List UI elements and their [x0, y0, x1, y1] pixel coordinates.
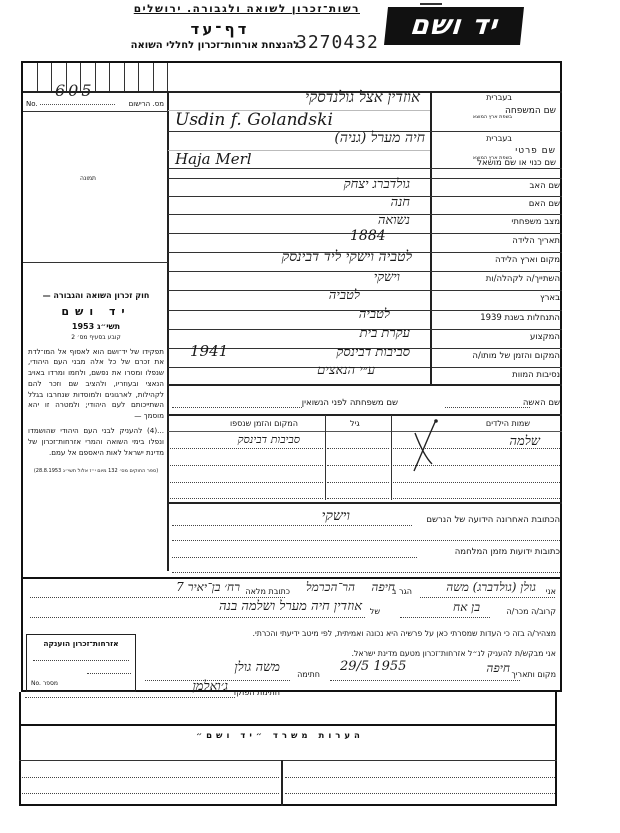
date-value[interactable]: 29/5 1955 — [340, 659, 406, 674]
community-value[interactable]: וישקי — [374, 269, 400, 285]
war-addresses-label: כתובות ידועות מזמן המלחמה — [455, 547, 560, 557]
first-name-hebrew-label: בעברית — [486, 134, 512, 143]
registration-number-row: No. מס. הרישום — [26, 94, 164, 108]
country-label: בארץ — [540, 293, 560, 303]
signature-label: חתימה — [297, 670, 320, 679]
registration-number-label-he: מס. הרישום — [129, 100, 164, 108]
relation-value[interactable]: בן אח — [453, 600, 480, 615]
of-field[interactable] — [30, 617, 365, 618]
office-notes-title: הערות משרד ״יד ושם״ — [180, 731, 380, 741]
country-value[interactable]: לטביה — [329, 287, 360, 303]
father-name-value[interactable]: גולדברג יצחק — [344, 176, 410, 192]
wife-name-field[interactable] — [445, 407, 530, 408]
declarant-i-label: אני — [546, 587, 556, 596]
row-line — [172, 540, 560, 541]
of-value[interactable]: אוזדין חיה מערל ושלמה בנה — [219, 598, 362, 614]
nickname-label: שם כנוי או שם מושאל — [477, 158, 556, 168]
divider — [167, 91, 169, 571]
last-address-field[interactable] — [172, 525, 412, 526]
children-names-header: שמות הילדים — [486, 419, 530, 428]
organization-name: רשות־זכרון לשואה ולגבורה. ירושלים — [185, 3, 360, 15]
divider — [19, 724, 557, 726]
mother-name-label: שם האם — [529, 199, 560, 209]
law-paragraph: תפקידו של יד־ושם הוא לאסוף אל המו־לדת את… — [28, 347, 164, 423]
divider — [168, 384, 562, 386]
relation-field[interactable] — [400, 617, 490, 618]
child-place-time-value[interactable]: סביבות דבינסק — [238, 433, 300, 446]
child-name-value[interactable]: שלמה — [509, 433, 540, 449]
row-line — [172, 572, 560, 573]
children-age-header: גיל — [350, 419, 360, 428]
death-circumstances-value[interactable]: ע״י הנאצים — [317, 362, 375, 378]
row-line — [327, 498, 389, 499]
mother-name-value[interactable]: חנה — [390, 194, 410, 210]
declarant-address-label: כתובת מלאה — [245, 587, 290, 596]
last-address-value[interactable]: וישקי — [322, 508, 350, 525]
divider — [325, 415, 326, 500]
logo-accent — [420, 3, 442, 5]
serial-number: 3270432 — [296, 32, 379, 53]
row-line — [393, 482, 560, 483]
family-name-origin-label: בשפת ארץ המוצא — [473, 114, 512, 120]
row-line — [393, 498, 560, 499]
law-title: חוק זכרון השואה והגבורה — — [28, 290, 164, 302]
divider — [430, 91, 432, 367]
citizenship-granted-box: אזרחות־זכרון הוענקה No. מספר — [26, 634, 136, 692]
declarant-name-value[interactable]: גולן (גולדברג) משה — [446, 580, 536, 595]
place-value[interactable]: חיפה — [486, 661, 510, 676]
divider — [23, 111, 168, 112]
row-line — [170, 448, 323, 449]
divider — [281, 760, 283, 806]
birth-date-value[interactable]: 1884 — [350, 228, 386, 244]
inspector-signature-value[interactable]: ג׳ואלמן — [192, 678, 228, 694]
citizenship-field[interactable] — [33, 660, 129, 661]
birth-place-value[interactable]: לטביה וישקי ליד דבינסק — [282, 249, 412, 266]
last-address-label: הכתובת האחרונה הידועה של הנרשם — [426, 515, 560, 525]
divider — [23, 91, 562, 93]
wife-maiden-name-label: שם משפחתה לפני הנשואין — [302, 398, 398, 408]
row-line — [327, 465, 389, 466]
office-notes-line[interactable] — [285, 793, 555, 794]
row-line — [327, 482, 389, 483]
office-notes-line[interactable] — [22, 793, 279, 794]
divider — [23, 577, 562, 579]
profession-value[interactable]: עקרת בית — [360, 325, 410, 341]
divider — [391, 415, 392, 500]
inspector-signature-field[interactable] — [25, 697, 235, 698]
citizenship-number-field[interactable] — [87, 673, 131, 674]
citizenship-number-label-he: מספר — [43, 680, 58, 687]
divider — [168, 414, 562, 416]
first-name-label: שם פרטי — [515, 146, 556, 156]
first-name-hebrew-value[interactable]: חיה מערל (גניה) — [334, 130, 425, 147]
row-line — [170, 498, 323, 499]
family-name-label: שם המשפחה — [505, 106, 556, 116]
divider — [19, 760, 557, 761]
law-excerpt: חוק זכרון השואה והגבורה — יד ושם תשי״ג 1… — [28, 290, 164, 476]
death-place-time-value[interactable]: סביבות דבינסק — [336, 344, 410, 360]
inspector-signature-label: חתימת הפוקד — [232, 688, 280, 697]
citizenship-box-title: אזרחות־זכרון הוענקה — [27, 639, 135, 648]
office-notes-line[interactable] — [285, 777, 555, 778]
divider — [430, 367, 432, 384]
law-paragraph: ...(4) להעניק לבני העם היהודי שהושמדו ונ… — [28, 426, 164, 458]
residence-1939-value[interactable]: לטביה — [359, 306, 390, 322]
divider — [168, 196, 562, 197]
declarant-name-field[interactable] — [420, 597, 555, 598]
place-date-label: מקום ותאריך — [511, 670, 556, 679]
photo-label: תמונה — [80, 175, 96, 182]
residence-1939-label: התנחלות בשנת 1939 — [480, 313, 560, 323]
citizenship-number-label-en: No. — [31, 680, 41, 687]
children-place-header: המקום והזמן שנספו — [230, 419, 298, 428]
divider — [168, 271, 562, 272]
birth-date-label: תאריך הלידה — [512, 236, 560, 246]
registration-number-label-en: No. — [26, 100, 38, 108]
divider — [168, 168, 562, 169]
law-footnote: (ספר החוקים מס׳ 132 מיום י״ז אלול תשי״ג … — [28, 468, 164, 476]
birth-place-label: מקום וארץ הלידה — [495, 255, 560, 265]
war-addresses-field[interactable] — [172, 557, 417, 558]
form-frame-bottom — [19, 692, 557, 806]
office-notes-line[interactable] — [22, 777, 279, 778]
community-label: השתייך/ה לקהלה/ות — [486, 274, 560, 284]
divider — [168, 502, 562, 504]
marital-status-value[interactable]: נשואה — [378, 212, 410, 228]
father-name-label: שם האב — [529, 181, 560, 191]
divider — [168, 431, 562, 432]
relation-label: קרוב/ה מכר/ה — [506, 607, 556, 616]
death-place-time-label: המקום והזמן של מותו/ה — [472, 351, 560, 361]
profession-label: המקצוע — [530, 332, 560, 342]
row-line — [327, 448, 389, 449]
of-label: של — [370, 607, 380, 616]
law-section: קובע בסעיף מס׳ 2 — [28, 333, 164, 342]
declaration-text: מצהיר/ה בזה כי העדות שמסרתי כאן על פרשיה… — [253, 629, 557, 638]
family-name-hebrew-label: בעברית — [486, 93, 512, 102]
signature-value[interactable]: משה גולן — [234, 659, 280, 675]
tick-boxes — [23, 63, 168, 91]
first-name-origin-value[interactable]: Haja Merl — [175, 150, 252, 168]
marital-status-label: מצב משפחתי — [511, 217, 560, 227]
registration-number-field[interactable] — [40, 104, 115, 105]
divider — [168, 290, 562, 291]
divider — [168, 214, 562, 215]
wife-maiden-name-field[interactable] — [172, 407, 302, 408]
declarant-street-value[interactable]: הר־הכרמל — [306, 580, 355, 595]
divider — [23, 262, 168, 263]
declarant-address-value[interactable]: רח׳ בן־יאיר 7 — [176, 580, 240, 595]
registration-number-value: 605 — [55, 81, 95, 100]
death-circumstances-label: נסיבות המוות — [512, 370, 560, 380]
cross-mark-icon — [410, 418, 440, 473]
place-date-field[interactable] — [330, 680, 520, 681]
law-name: יד ושם — [28, 304, 164, 321]
request-text: אני מבקש/ת להעניק לנ״ל אזרחות־זכרון מטעם… — [351, 649, 556, 658]
family-name-hebrew-value[interactable]: אוזדין אצל גולנדסקי — [305, 88, 420, 107]
row-line — [170, 482, 323, 483]
death-year-value[interactable]: 1941 — [190, 342, 228, 360]
declarant-city-value[interactable]: חיפה — [371, 580, 395, 595]
family-name-origin-value[interactable]: Usdin f. Golandski — [175, 110, 333, 130]
row-line — [170, 465, 323, 466]
yad-vashem-logo: יד ושם — [384, 7, 524, 45]
form-title: דף־עד — [170, 20, 270, 38]
law-year: תשי״ג 1953 — [28, 321, 164, 333]
